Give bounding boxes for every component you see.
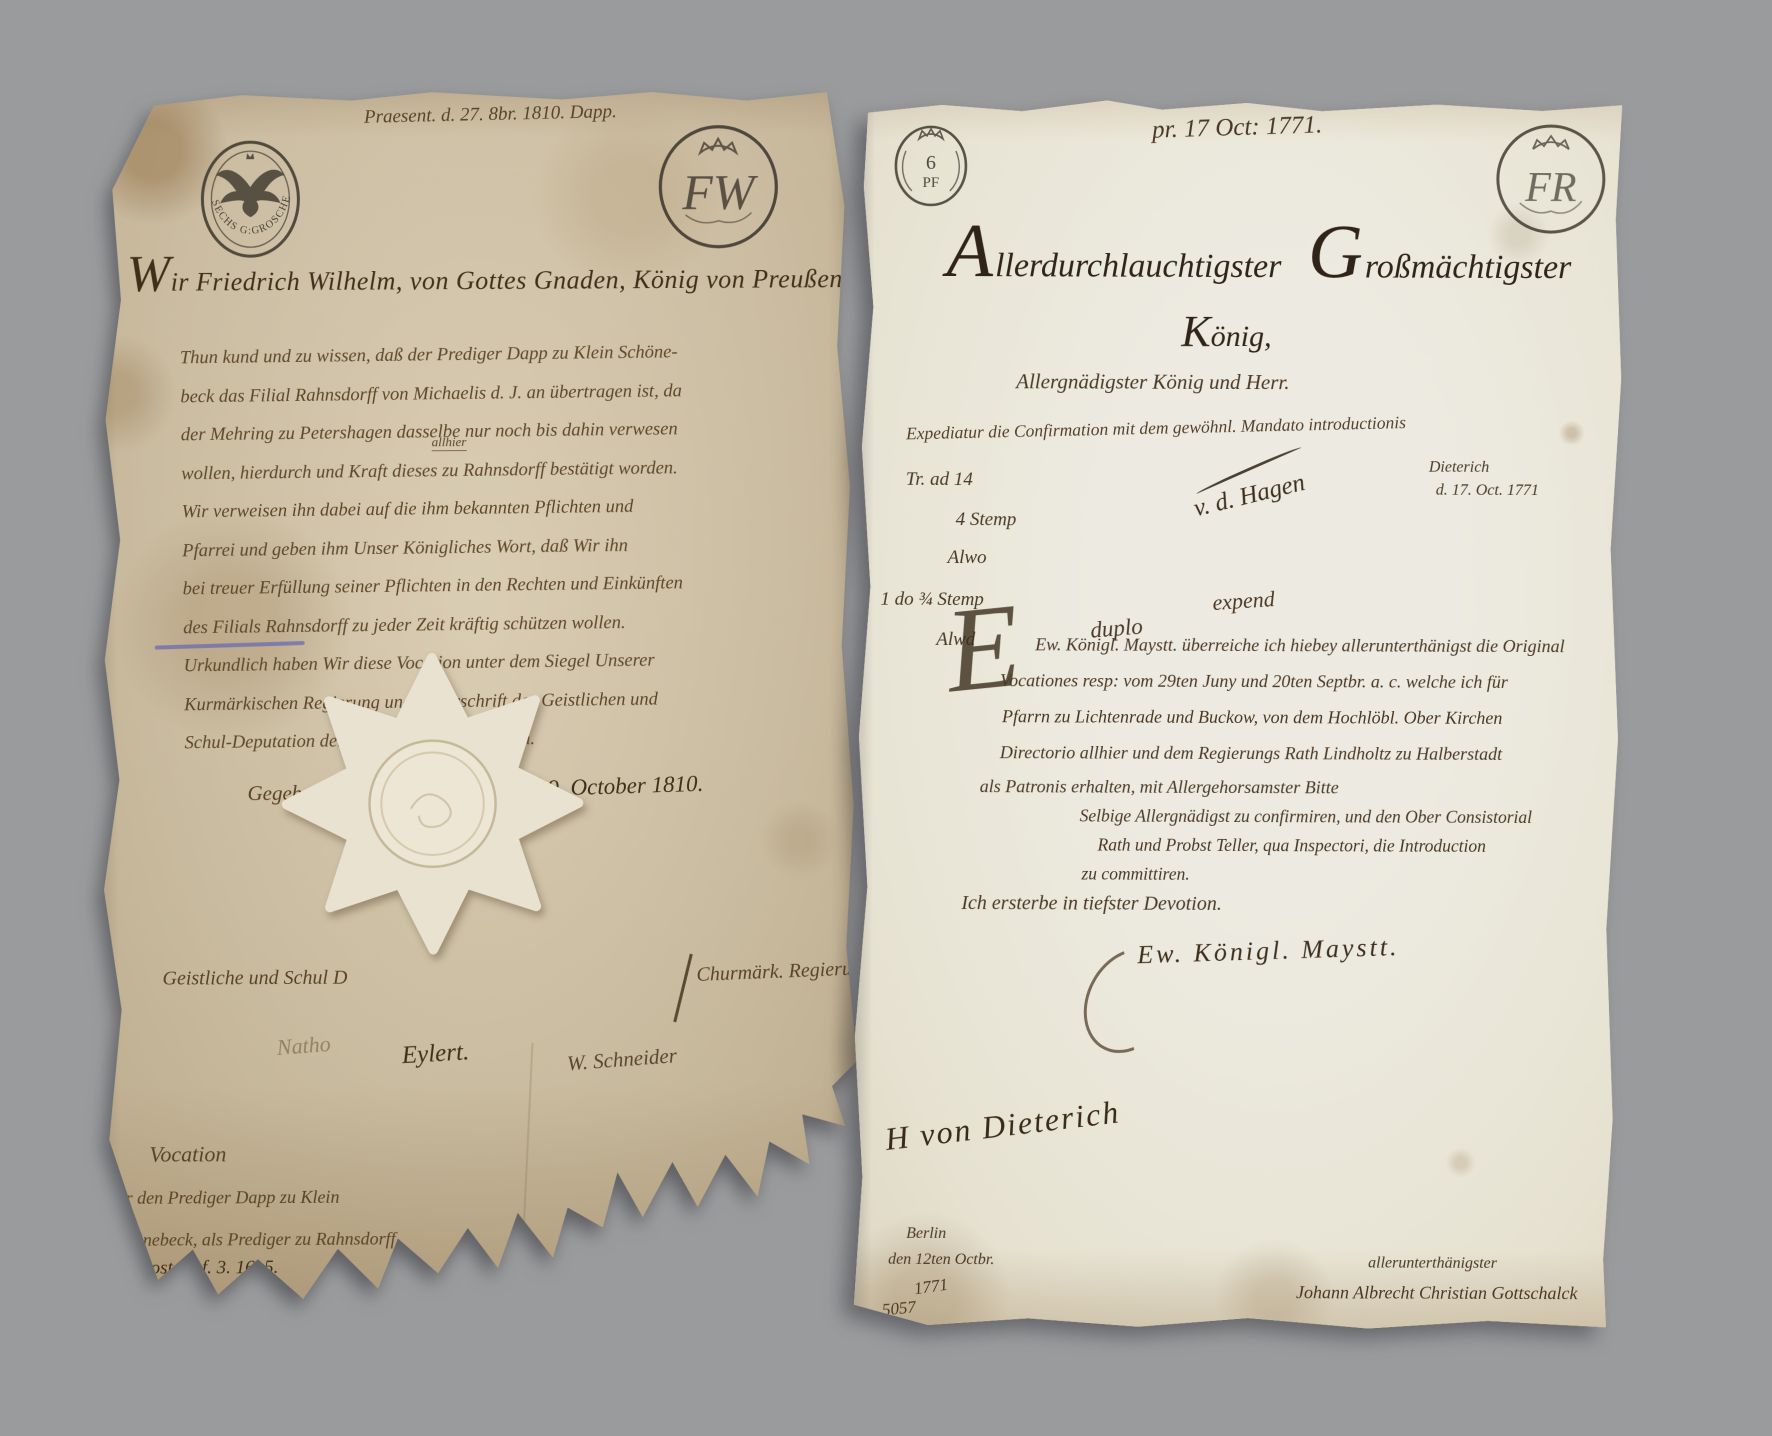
salutation: Allergnädigster König und Herr.	[1016, 369, 1289, 395]
fee-note-line: 4 Stemp	[956, 509, 1017, 531]
embossed-seal-circle	[369, 740, 496, 867]
registry-number: 5057	[881, 1297, 917, 1320]
right-document-1771: pr. 17 Oct: 1771. 6 PF FR Allerdurchlauc…	[848, 97, 1627, 1337]
right-presentation-note: pr. 17 Oct: 1771.	[1152, 111, 1323, 144]
clerk-signature-vdhagen: v. d. Hagen	[1191, 469, 1308, 523]
left-paper: Praesent. d. 27. 8br. 1810. Dapp. SECHS …	[92, 86, 863, 1305]
issuer-right-label: Churmärk. Regierung	[696, 957, 863, 987]
heading-word-grossmaechtigster: Großmächtigster	[1308, 248, 1572, 287]
year: 1771	[913, 1275, 949, 1299]
expend-note: expend	[1212, 586, 1276, 616]
right-paper: pr. 17 Oct: 1771. 6 PF FR Allerdurchlauc…	[848, 97, 1627, 1337]
handwriting-line: als Patronis erhalten, mit Allergehorsam…	[980, 776, 1339, 798]
handwriting-line: beck das Filial Rahnsdorff von Michaelis…	[180, 372, 682, 417]
middle-signature-dieterich: H von Dieterich	[883, 1093, 1122, 1158]
laurel-branch-icon	[902, 151, 912, 191]
date-line: den 12ten Octbr.	[888, 1251, 994, 1269]
office-date-note: d. 17. Oct. 1771	[1436, 482, 1539, 500]
handwriting-line: Pfarrn zu Lichtenrade und Buckow, von de…	[1002, 706, 1503, 729]
handwriting-line: Pfarrei und geben ihm Unser Königliches …	[182, 526, 684, 571]
handwriting-line: wollen, hierdurch und Kraft dieses zu Ra…	[181, 449, 683, 494]
laurel-branch-icon	[950, 151, 960, 191]
stamp-value-bottom: PF	[922, 175, 939, 191]
place-name: Berlin	[906, 1225, 946, 1243]
subscription-formula: allerunterthänigster	[1368, 1254, 1497, 1272]
docket-title: Vocation	[149, 1141, 226, 1167]
stamp-crown-icon	[246, 153, 254, 159]
stamp-crown-icon	[700, 139, 736, 153]
stamp-monogram-text: FW	[681, 164, 759, 220]
handwriting-line: Ew. Königl. Maystt. überreiche ich hiebe…	[1035, 634, 1564, 657]
clerk-expedition-note: Expediatur die Confirmation mit dem gewö…	[906, 412, 1406, 444]
handwriting-line: Rath und Probst Teller, qua Inspectori, …	[1098, 835, 1486, 857]
stamp-crown-icon	[1533, 136, 1569, 149]
closing-formula: Ich ersterbe in tiefster Devotion.	[961, 892, 1222, 916]
sechs-groschen-eagle-stamp-icon: SECHS G:GROSCHEN	[198, 137, 303, 262]
fee-note-line: Tr. ad 14	[906, 469, 973, 491]
paper-wafer-seal	[277, 635, 589, 972]
right-heading-line2: König,	[1181, 320, 1271, 354]
handwriting-line: Wir verweisen ihn dabei auf die ihm beka…	[182, 487, 684, 532]
issuer-left-label: Geistliche und Schul D	[162, 967, 347, 991]
handwriting-line: zu committiren.	[1081, 863, 1189, 884]
prussian-eagle-icon	[216, 170, 284, 218]
signature-natho: Natho	[276, 1031, 332, 1061]
stamp-monogram-text: FR	[1524, 165, 1576, 211]
handwriting-line: Vocationes resp: vom 29ten Juny und 20te…	[1000, 670, 1508, 693]
handwriting-line: Directorio allhier und dem Regierungs Ra…	[1000, 742, 1502, 765]
flourished-initial: E	[939, 576, 1026, 721]
heading-word-allerdurchlauchtigster: Allerdurchlauchtigster	[947, 247, 1282, 286]
royal-monogram-stamp-icon: FR	[1492, 123, 1610, 235]
signature-schneider: W. Schneider	[566, 1043, 678, 1076]
left-presentation-note: Praesent. d. 27. 8br. 1810. Dapp.	[364, 101, 617, 129]
fw-monogram-stamp-icon: FW	[655, 122, 782, 251]
petitioner-signature: Johann Albrecht Christian Gottschalck	[1296, 1282, 1578, 1304]
paper-crease	[519, 1043, 533, 1298]
signature-eylert: Eylert.	[401, 1038, 470, 1070]
photograph-two-manuscripts: Praesent. d. 27. 8br. 1810. Dapp. SECHS …	[0, 0, 1772, 1436]
fee-note-line: Alwo	[948, 547, 987, 569]
right-heading-line1: Allerdurchlauchtigster Großmächtigster	[947, 247, 1572, 287]
interlinear-insertion: allhier	[432, 434, 467, 451]
pen-stroke	[673, 954, 692, 1023]
stamp-crown-icon	[919, 129, 943, 139]
handwriting-line: Selbige Allergnädigst zu confirmiren, un…	[1080, 805, 1532, 828]
handwriting-line: Thun kund und zu wissen, daß der Predige…	[180, 333, 682, 378]
stamp-value-top: 6	[926, 152, 936, 174]
royal-address: Ew. Königl. Maystt.	[1137, 932, 1400, 970]
docket-line: für den Prediger Dapp zu Klein	[112, 1187, 340, 1209]
countersignature-raben: Raben,	[693, 1200, 786, 1254]
office-date-note: Dieterich	[1429, 459, 1489, 477]
docket-cost-line: Kosten: f. 3. 16. 5.	[138, 1257, 279, 1280]
left-document-1810: Praesent. d. 27. 8br. 1810. Dapp. SECHS …	[92, 86, 863, 1305]
six-pfennig-fee-stamp-icon: 6 PF	[892, 119, 970, 209]
docket-line: Schönebeck, als Prediger zu Rahnsdorff	[108, 1228, 396, 1251]
handwriting-line: bei treuer Erfüllung seiner Pflichten in…	[182, 564, 684, 609]
left-royal-heading: Wir Friedrich Wilhelm, von Gottes Gnaden…	[127, 264, 843, 298]
